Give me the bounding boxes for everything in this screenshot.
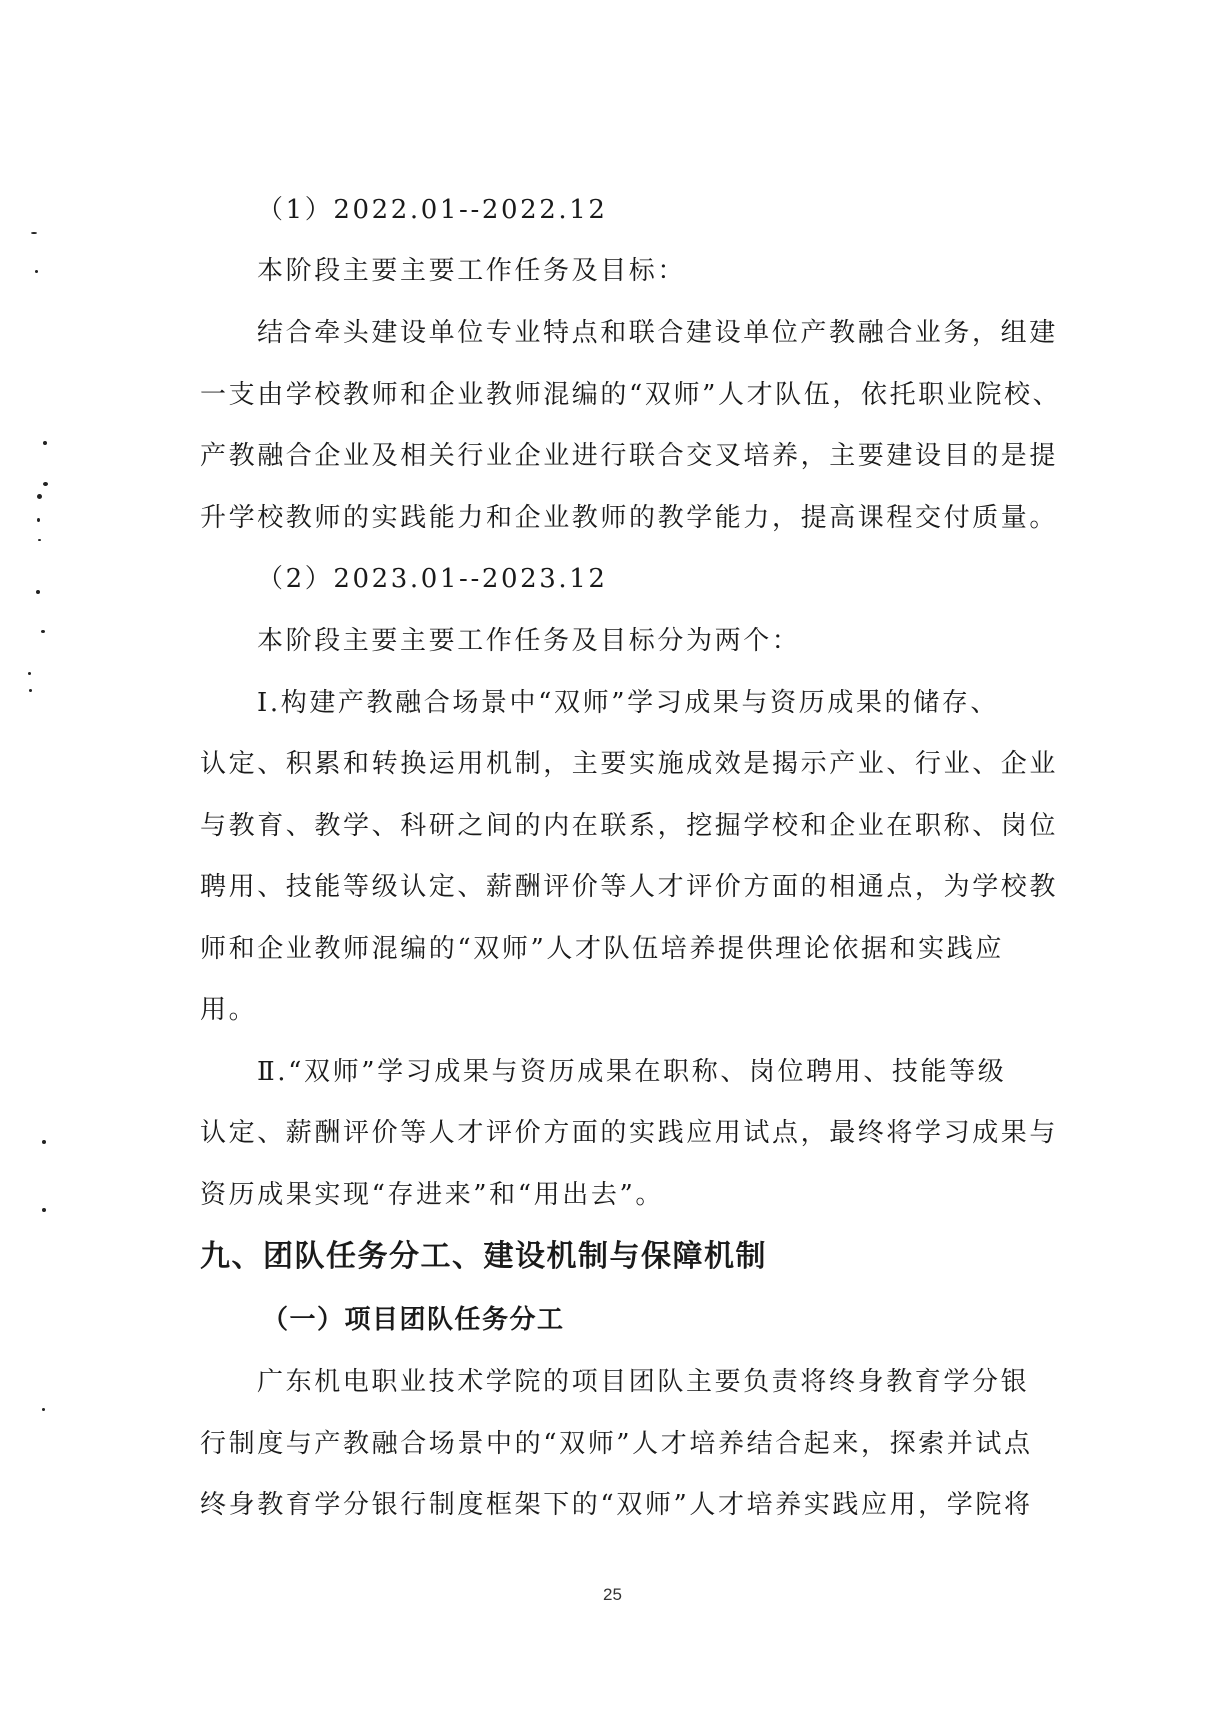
scan-speck xyxy=(42,1208,46,1212)
scan-speck xyxy=(36,590,40,594)
scan-speck xyxy=(43,441,47,445)
phase-2-heading: （2）2023.01--2023.12 xyxy=(257,562,1077,596)
document-page: （1）2022.01--2022.12 本阶段主要主要工作任务及目标： 结合牵头… xyxy=(0,0,1225,1736)
goal-1-line: 用。 xyxy=(200,993,1020,1027)
scan-speck xyxy=(28,672,31,675)
goal-1-line: Ⅰ.构建产教融合场景中“双师”学习成果与资历成果的储存、 xyxy=(257,686,1077,720)
paragraph-line: 结合牵头建设单位专业特点和联合建设单位产教融合业务，组建 xyxy=(257,316,1077,350)
scan-speck xyxy=(37,518,40,522)
goal-1-line: 与教育、教学、科研之间的内在联系，挖掘学校和企业在职称、岗位 xyxy=(200,809,1020,843)
scan-speck xyxy=(38,539,41,541)
scan-speck xyxy=(42,1408,45,1411)
phase-1-heading: （1）2022.01--2022.12 xyxy=(257,193,1077,227)
scan-speck xyxy=(42,1140,46,1144)
paragraph-line: 一支由学校教师和企业教师混编的“双师”人才队伍，依托职业院校、 xyxy=(200,378,1020,412)
paragraph-line: 终身教育学分银行制度框架下的“双师”人才培养实践应用，学院将 xyxy=(200,1488,1020,1522)
paragraph-line: 产教融合企业及相关行业企业进行联合交叉培养，主要建设目的是提 xyxy=(200,439,1020,473)
scan-speck xyxy=(43,482,48,486)
scan-speck xyxy=(31,232,37,234)
page-number: 25 xyxy=(0,1585,1225,1605)
phase-2-intro: 本阶段主要主要工作任务及目标分为两个： xyxy=(257,624,1077,658)
goal-1-line: 师和企业教师混编的“双师”人才队伍培养提供理论依据和实践应 xyxy=(200,932,1020,966)
phase-1-intro: 本阶段主要主要工作任务及目标： xyxy=(257,254,1077,288)
section-heading: 九、团队任务分工、建设机制与保障机制 xyxy=(200,1238,767,1276)
paragraph-line: 升学校教师的实践能力和企业教师的教学能力，提高课程交付质量。 xyxy=(200,501,1020,535)
goal-1-line: 认定、积累和转换运用机制，主要实施成效是揭示产业、行业、企业 xyxy=(200,747,1020,781)
subsection-heading: （一）项目团队任务分工 xyxy=(262,1303,565,1337)
goal-2-line: 资历成果实现“存进来”和“用出去”。 xyxy=(200,1178,1020,1212)
paragraph-line: 行制度与产教融合场景中的“双师”人才培养结合起来，探索并试点 xyxy=(200,1427,1020,1461)
goal-1-line: 聘用、技能等级认定、薪酬评价等人才评价方面的相通点，为学校教 xyxy=(200,870,1020,904)
scan-speck xyxy=(35,270,38,273)
scan-speck xyxy=(29,689,32,692)
paragraph-line: 广东机电职业技术学院的项目团队主要负责将终身教育学分银 xyxy=(257,1365,1077,1399)
scan-speck xyxy=(37,494,42,499)
scan-speck xyxy=(41,630,45,633)
goal-2-line: 认定、薪酬评价等人才评价方面的实践应用试点，最终将学习成果与 xyxy=(200,1116,1020,1150)
goal-2-line: Ⅱ.“双师”学习成果与资历成果在职称、岗位聘用、技能等级 xyxy=(257,1055,1077,1089)
